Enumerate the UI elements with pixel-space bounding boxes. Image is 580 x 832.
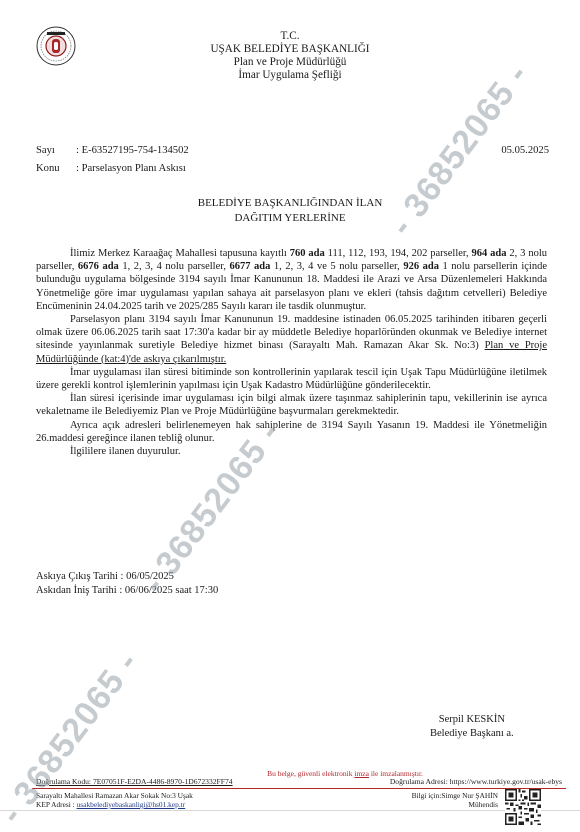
verification-row: Doğrulama Kodu: 7E07051F-E2DA-4486-8970-… — [36, 777, 566, 788]
header-directorate: Plan ve Proje Müdürlüğü — [0, 56, 580, 69]
announcement-title-line2: DAĞITIM YERLERİNE — [0, 211, 580, 226]
paragraph-4: İlan süresi içerisinde imar uygulaması i… — [36, 392, 547, 418]
contact-role: Mühendis — [412, 800, 498, 809]
header-department: İmar Uygulama Şefliği — [0, 69, 580, 82]
municipality-address: Sarayaltı Mahallesi Ramazan Akar Sokak N… — [36, 791, 193, 800]
announcement-title-line1: BELEDİYE BAŞKANLIĞINDAN İLAN — [0, 196, 580, 211]
posting-dates: Askıya Çıkış Tarihi : 06/05/2025 Askıdan… — [36, 570, 218, 598]
footer-bottom-divider — [0, 810, 580, 811]
signer-name: Serpil KESKİN — [430, 713, 514, 727]
document-page: T.C. UŞAK BELEDİYE BAŞKANLIĞI Plan ve Pr… — [0, 0, 580, 832]
document-number-row: Sayı: E-63527195-754-134502 — [36, 145, 189, 156]
paragraph-3: İmar uygulaması ilan süresi bitiminde so… — [36, 366, 547, 392]
announcement-title: BELEDİYE BAŞKANLIĞINDAN İLAN DAĞITIM YER… — [0, 196, 580, 226]
paragraph-6: İlgililere ilanen duyurulur. — [36, 445, 547, 458]
document-number-value: : E-63527195-754-134502 — [76, 145, 189, 156]
subject-row: Konu: Parselasyon Planı Askısı — [36, 163, 186, 174]
paragraph-5: Ayrıca açık adresleri belirlenemeyen hak… — [36, 419, 547, 445]
header-municipality: UŞAK BELEDİYE BAŞKANLIĞI — [0, 43, 580, 56]
subject-label: Konu — [36, 163, 76, 174]
subject-value: : Parselasyon Planı Askısı — [76, 163, 186, 174]
document-number-label: Sayı — [36, 145, 76, 156]
posting-start-date: Askıya Çıkış Tarihi : 06/05/2025 — [36, 570, 218, 584]
announcement-body: İlimiz Merkez Karaağaç Mahallesi tapusun… — [36, 247, 547, 458]
header-tc: T.C. — [0, 30, 580, 43]
verification-address[interactable]: Doğrulama Adresi: https://www.turkiye.go… — [390, 777, 562, 786]
kep-address-link[interactable]: usakbelediyebaskanligi@hs01.kep.tr — [77, 800, 186, 809]
document-date: 05.05.2025 — [501, 145, 549, 156]
contact-person: Bilgi için:Simge Nur ŞAHİN — [412, 791, 498, 800]
footer-address: Sarayaltı Mahallesi Ramazan Akar Sokak N… — [36, 791, 193, 809]
footer-contact: Bilgi için:Simge Nur ŞAHİN Mühendis — [412, 791, 498, 809]
kep-label: KEP Adresi : — [36, 800, 77, 809]
kep-address-row: KEP Adresi : usakbelediyebaskanligi@hs01… — [36, 800, 193, 809]
verification-code: Doğrulama Kodu: 7E07051F-E2DA-4486-8970-… — [36, 777, 233, 786]
paragraph-1: İlimiz Merkez Karaağaç Mahallesi tapusun… — [36, 247, 547, 313]
signer-title: Belediye Başkanı a. — [430, 727, 514, 741]
qr-code-icon — [505, 789, 541, 825]
signature-block: Serpil KESKİN Belediye Başkanı a. — [430, 713, 514, 741]
footer-divider — [32, 788, 566, 789]
letterhead: T.C. UŞAK BELEDİYE BAŞKANLIĞI Plan ve Pr… — [0, 30, 580, 82]
posting-end-date: Askıdan İniş Tarihi : 06/06/2025 saat 17… — [36, 584, 218, 598]
paragraph-2: Parselasyon planı 3194 sayılı İmar Kanun… — [36, 313, 547, 366]
